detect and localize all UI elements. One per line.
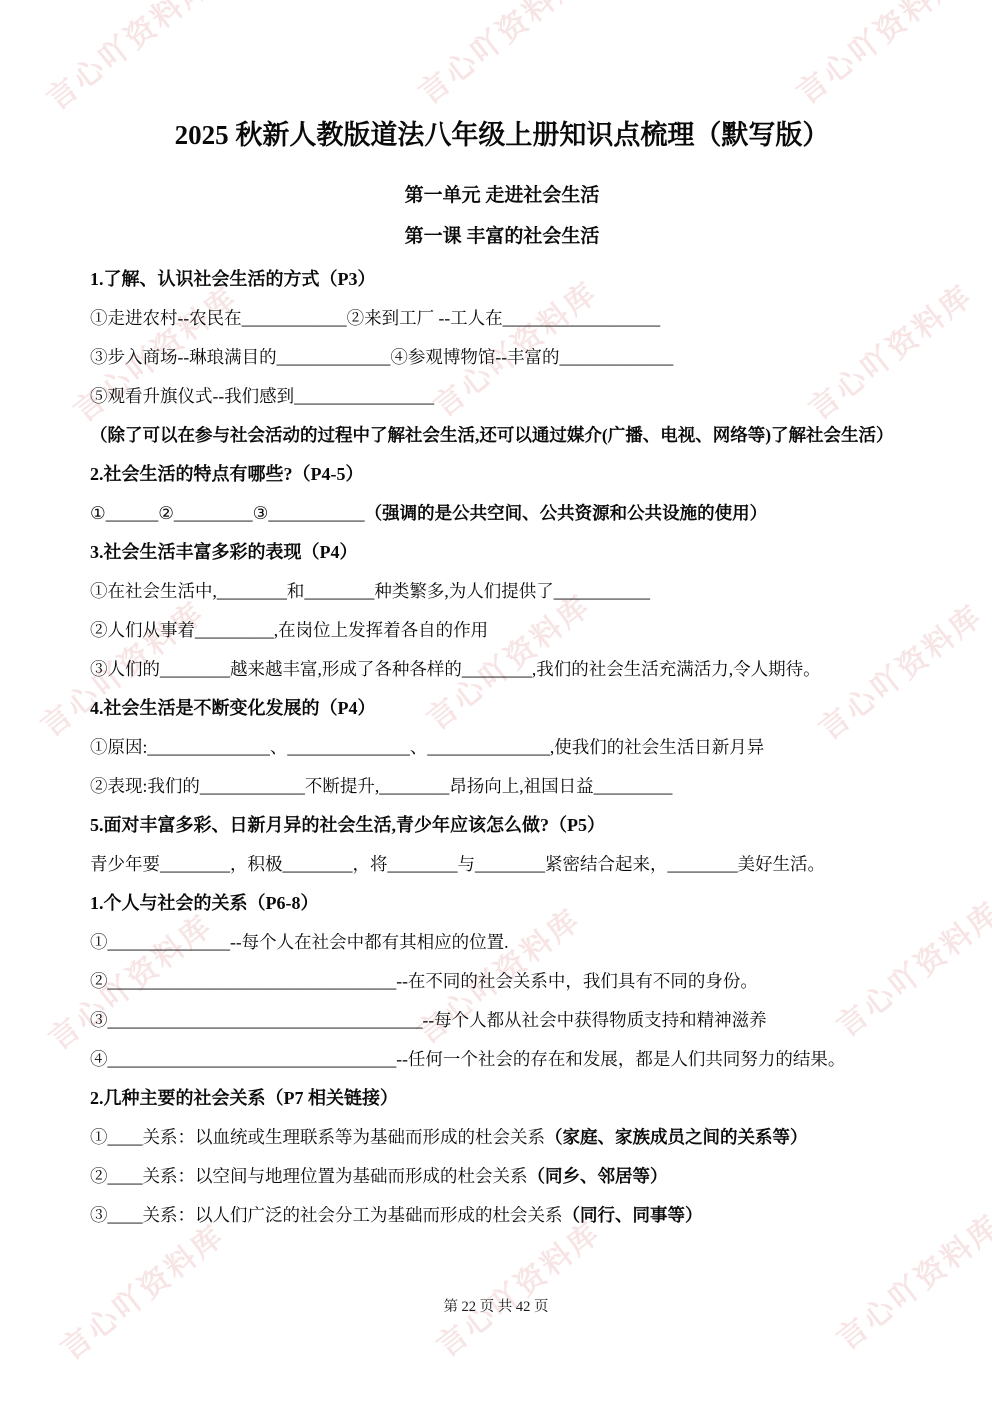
paragraph: ①______②_________③___________（强调的是公共空间、公… — [90, 500, 914, 526]
text-segment: ①______________--每个人在社会中都有其相应的位置. — [90, 932, 509, 952]
bold-text-segment: 1.了解、认识社会生活的方式（P3） — [90, 269, 376, 289]
section-heading: 1.个人与社会的关系（P6-8） — [90, 890, 914, 916]
text-segment: ②表现:我们的____________不断提升,________昂扬向上,祖国日… — [90, 776, 672, 796]
lesson-heading: 第一课 丰富的社会生活 — [90, 223, 914, 250]
paragraph: ①______________--每个人在社会中都有其相应的位置. — [90, 929, 914, 955]
text-segment: 青少年要________，积极________，将________与______… — [90, 854, 825, 874]
paragraph: ①走进农村--农民在____________②来到工厂 --工人在_______… — [90, 305, 914, 331]
paragraph: ①在社会生活中,________和________种类繁多,为人们提供了____… — [90, 578, 914, 604]
bold-text-segment: 4.社会生活是不断变化发展的（P4） — [90, 698, 376, 718]
bold-text-segment: （除了可以在参与社会活动的过程中了解社会生活,还可以通过媒介(广播、电视、网络等… — [90, 425, 894, 445]
text-segment: ③步入商场--琳琅满目的_____________④参观博物馆--丰富的____… — [90, 347, 673, 367]
text-segment: ③人们的________越来越丰富,形成了各种各样的________,我们的社会… — [90, 659, 821, 679]
text-segment: ②人们从事着_________,在岗位上发挥着各自的作用 — [90, 620, 488, 640]
text-segment: ①原因:______________、______________、______… — [90, 737, 764, 757]
bold-text-segment: （家庭、家族成员之间的关系等） — [545, 1127, 808, 1147]
section-heading: 2.几种主要的社会关系（P7 相关链接） — [90, 1085, 914, 1111]
bold-text-segment: （强调的是公共空间、公共资源和公共设施的使用） — [365, 503, 768, 523]
paragraph: （除了可以在参与社会活动的过程中了解社会生活,还可以通过媒介(广播、电视、网络等… — [90, 422, 914, 448]
paragraph: ③步入商场--琳琅满目的_____________④参观博物馆--丰富的____… — [90, 344, 914, 370]
paragraph: 青少年要________，积极________，将________与______… — [90, 851, 914, 877]
page-number: 第 22 页 共 42 页 — [0, 1297, 992, 1317]
page-title: 2025 秋新人教版道法八年级上册知识点梳理（默写版） — [90, 116, 914, 154]
text-segment: ①在社会生活中,________和________种类繁多,为人们提供了____… — [90, 581, 650, 601]
paragraph: ②人们从事着_________,在岗位上发挥着各自的作用 — [90, 617, 914, 643]
text-segment: ①______②_________③___________ — [90, 503, 365, 523]
document-page: 言心吖资料库言心吖资料库言心吖资料库言心吖资料库言心吖资料库言心吖资料库言心吖资… — [0, 0, 992, 1403]
paragraph: ②_________________________________--在不同的… — [90, 968, 914, 994]
text-segment: ⑤观看升旗仪式--我们感到________________ — [90, 386, 434, 406]
paragraph: ③人们的________越来越丰富,形成了各种各样的________,我们的社会… — [90, 656, 914, 682]
text-segment: ③____关系：以人们广泛的社会分工为基础而形成的杜会关系 — [90, 1205, 563, 1225]
text-segment: ②_________________________________--在不同的… — [90, 971, 758, 991]
paragraph: ①____关系：以血统或生理联系等为基础而形成的杜会关系（家庭、家族成员之间的关… — [90, 1124, 914, 1150]
paragraph: ②____关系：以空间与地理位置为基础而形成的杜会关系（同乡、邻居等） — [90, 1163, 914, 1189]
text-segment: ②____关系：以空间与地理位置为基础而形成的杜会关系 — [90, 1166, 528, 1186]
text-segment: ③____________________________________--每… — [90, 1010, 767, 1030]
bold-text-segment: 2.几种主要的社会关系（P7 相关链接） — [90, 1088, 398, 1108]
bold-text-segment: 3.社会生活丰富多彩的表现（P4） — [90, 542, 358, 562]
text-segment: ①____关系：以血统或生理联系等为基础而形成的杜会关系 — [90, 1127, 545, 1147]
bold-text-segment: （同乡、邻居等） — [528, 1166, 668, 1186]
text-segment: ④_________________________________--任何一个… — [90, 1049, 845, 1069]
paragraph: ①原因:______________、______________、______… — [90, 734, 914, 760]
paragraph: ④_________________________________--任何一个… — [90, 1046, 914, 1072]
bold-text-segment: 5.面对丰富多彩、日新月异的社会生活,青少年应该怎么做?（P5） — [90, 815, 605, 835]
paragraph: ③____关系：以人们广泛的社会分工为基础而形成的杜会关系（同行、同事等） — [90, 1202, 914, 1228]
bold-text-segment: 1.个人与社会的关系（P6-8） — [90, 893, 319, 913]
section-heading: 3.社会生活丰富多彩的表现（P4） — [90, 539, 914, 565]
bold-text-segment: （同行、同事等） — [563, 1205, 703, 1225]
unit-heading: 第一单元 走进社会生活 — [90, 182, 914, 209]
paragraph: ③____________________________________--每… — [90, 1007, 914, 1033]
paragraph: ②表现:我们的____________不断提升,________昂扬向上,祖国日… — [90, 773, 914, 799]
bold-text-segment: 2.社会生活的特点有哪些?（P4-5） — [90, 464, 364, 484]
section-heading: 5.面对丰富多彩、日新月异的社会生活,青少年应该怎么做?（P5） — [90, 812, 914, 838]
document-content: 2025 秋新人教版道法八年级上册知识点梳理（默写版） 第一单元 走进社会生活 … — [90, 0, 914, 1241]
paragraph: ⑤观看升旗仪式--我们感到________________ — [90, 383, 914, 409]
text-segment: ①走进农村--农民在____________②来到工厂 --工人在_______… — [90, 308, 660, 328]
section-heading: 2.社会生活的特点有哪些?（P4-5） — [90, 461, 914, 487]
document-body: 1.了解、认识社会生活的方式（P3）①走进农村--农民在____________… — [90, 266, 914, 1228]
section-heading: 4.社会生活是不断变化发展的（P4） — [90, 695, 914, 721]
section-heading: 1.了解、认识社会生活的方式（P3） — [90, 266, 914, 292]
